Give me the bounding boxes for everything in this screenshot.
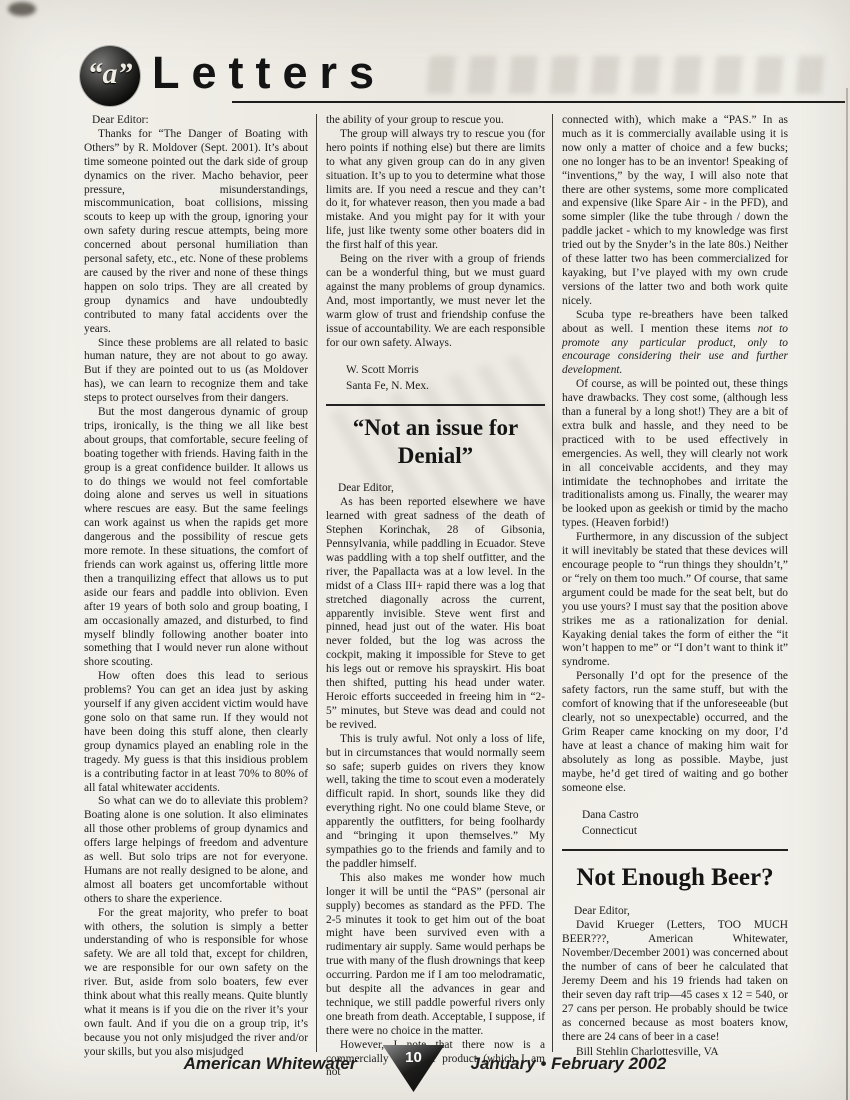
letter-paragraph: Furthermore, in any discussion of the su… [562, 531, 788, 670]
logo-letter: “a” [88, 59, 133, 93]
letter-paragraph: Since these problems are all related to … [84, 337, 308, 407]
signature-name: Dana Castro [582, 808, 788, 824]
letter-salutation: Dear Editor, [562, 905, 788, 919]
letter-paragraph: This also makes me wonder how much longe… [326, 872, 545, 1039]
letter-title-denial: “Not an issue for Denial” [330, 414, 541, 470]
letter-title-beer: Not Enough Beer? [566, 863, 784, 893]
letter-paragraph: Being on the river with a group of frien… [326, 253, 545, 350]
letter-paragraph: David Krueger (Letters, TOO MUCH BEER???… [562, 919, 788, 1044]
signature-place: Connecticut [582, 824, 788, 840]
letter-paragraph: The group will always try to rescue you … [326, 128, 545, 253]
letter-paragraph: How often does this lead to serious prob… [84, 670, 308, 795]
letter-salutation: Dear Editor, [326, 482, 545, 496]
letter-paragraph: This is truly awful. Not only a loss of … [326, 733, 545, 872]
letters-columns: Dear Editor: Thanks for “The Danger of B… [84, 114, 796, 1052]
letter-paragraph: connected with), which make a “PAS.” In … [562, 114, 788, 309]
masthead-rule [232, 101, 845, 103]
paragraph-lead: Scuba type re-breathers have been talked… [562, 309, 788, 335]
column-1: Dear Editor: Thanks for “The Danger of B… [84, 114, 316, 1052]
american-whitewater-logo: “a” [80, 46, 140, 106]
letter-divider [326, 404, 545, 406]
letter-paragraph: Scuba type re-breathers have been talked… [562, 309, 788, 379]
issue-date: January • February 2002 [471, 1045, 667, 1074]
letter-signature: W. Scott Morris Santa Fe, N. Mex. [346, 363, 545, 394]
letter-paragraph: For the great majority, who prefer to bo… [84, 907, 308, 1060]
page-footer: American Whitewater 10 January • Februar… [0, 1045, 850, 1097]
signature-name: W. Scott Morris [346, 363, 545, 379]
letter-signature: Dana Castro Connecticut [582, 808, 788, 839]
column-2: the ability of your group to rescue you.… [316, 114, 552, 1052]
letter-paragraph: Of course, as will be pointed out, these… [562, 378, 788, 531]
page-number: 10 [405, 1045, 422, 1092]
letter-divider [562, 849, 788, 851]
scan-artifact [846, 88, 848, 1100]
column-3: connected with), which make a “PAS.” In … [552, 114, 788, 1052]
letter-paragraph: As has been reported elsewhere we have l… [326, 496, 545, 732]
letter-paragraph: Thanks for “The Danger of Boating with O… [84, 128, 308, 337]
letter-paragraph: But the most dangerous dynamic of group … [84, 406, 308, 670]
letter-salutation: Dear Editor: [84, 114, 308, 128]
signature-place: Santa Fe, N. Mex. [346, 379, 545, 395]
letter-paragraph: Personally I’d opt for the presence of t… [562, 670, 788, 795]
section-masthead: “a” Letters [0, 0, 850, 110]
magazine-page: “a” Letters Dear Editor: Thanks for “The… [0, 0, 850, 1100]
page-number-triangle: 10 [383, 1045, 445, 1092]
magazine-name: American Whitewater [184, 1045, 357, 1074]
section-title: Letters [152, 50, 386, 95]
letter-paragraph: So what can we do to alleviate this prob… [84, 795, 308, 906]
letter-paragraph: the ability of your group to rescue you. [326, 114, 545, 128]
